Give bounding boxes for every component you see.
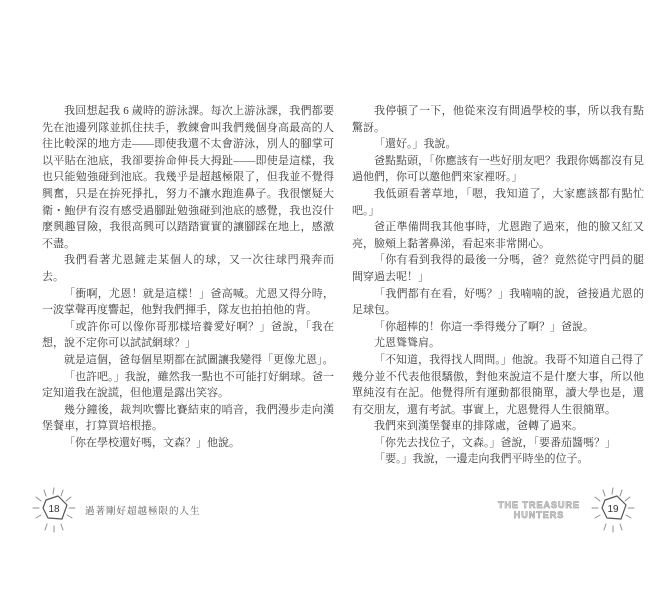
- chapter-running-title: 過著剛好超越極限的人生: [85, 503, 201, 517]
- gem-page-number-icon: 18: [30, 485, 78, 535]
- paragraph: 就是這個，爸每個星期都在試圖讓我變得「更像尤恩」。: [42, 352, 334, 369]
- gem-page-number-icon: 19: [589, 485, 637, 535]
- paragraph: 「你在學校還好嗎，文森？」他說。: [42, 435, 334, 452]
- book-spread: 我回想起我 6 歲時的游泳課。每次上游泳課，我們都要先在池邊列隊並抓住扶手，教練…: [0, 0, 655, 609]
- paragraph: 爸正準備問我其他事時，尤恩跑了過來，他的臉又紅又亮，臉頰上黏著鼻涕，看起來非常開…: [352, 219, 644, 252]
- paragraph: 我低頭看著草地，「嗯，我知道了，大家應該都有點忙吧。」: [352, 186, 644, 219]
- paragraph: 「要。」我說，一邊走向我們平時坐的位子。: [352, 451, 644, 468]
- book-logo-line1: THE TREASURE: [498, 500, 580, 510]
- right-page-number: 19: [607, 504, 619, 515]
- paragraph: 尤恩聳聳肩。: [352, 335, 644, 352]
- left-page-number: 18: [48, 504, 60, 515]
- paragraph: 我停頓了一下，他從來沒有問過學校的事，所以我有點驚訝。: [352, 103, 644, 136]
- book-logo: THE TREASURE HUNTERS: [498, 500, 580, 520]
- paragraph: 「你有看到我得的最後一分嗎，爸？竟然從守門員的腿間穿過去呢！」: [352, 252, 644, 285]
- paragraph: 「也許吧。」我說，雖然我一點也不可能打好網球。爸一定知道我在說謊，但他還是露出笑…: [42, 369, 334, 402]
- paragraph: 「你超棒的！你這一季得幾分了啊？」爸說。: [352, 319, 644, 336]
- paragraph: 「我們都有在看，好嗎？」我喃喃的說，爸接過尤恩的足球包。: [352, 286, 644, 319]
- right-page-text: 我停頓了一下，他從來沒有問過學校的事，所以我有點驚訝。「還好。」我說。爸點點頭，…: [352, 103, 644, 468]
- paragraph: 爸點點頭，「你應該有一些好朋友吧？我跟你媽都沒有見過他們，你可以邀他們來家裡呀。…: [352, 153, 644, 186]
- paragraph: 「或許你可以像你哥那樣培養愛好啊？」爸說，「我在想，說不定你可以試試網球？」: [42, 319, 334, 352]
- book-logo-line2: HUNTERS: [498, 510, 580, 520]
- paragraph: 我回想起我 6 歲時的游泳課。每次上游泳課，我們都要先在池邊列隊並抓住扶手，教練…: [42, 103, 334, 252]
- right-page-footer: THE TREASURE HUNTERS 19: [498, 485, 637, 535]
- paragraph: 「不知道，我得找人問問。」他說。我哥不知道自己得了幾分並不代表他很驕傲，對他來說…: [352, 352, 644, 418]
- left-page-footer: 18 過著剛好超越極限的人生: [30, 485, 201, 535]
- paragraph: 「你先去找位子，文森。」爸說，「要番茄醬嗎？」: [352, 435, 644, 452]
- left-page-text: 我回想起我 6 歲時的游泳課。每次上游泳課，我們都要先在池邊列隊並抓住扶手，教練…: [42, 103, 334, 451]
- paragraph: 我們看著尤恩鏟走某個人的球，又一次往球門飛奔而去。: [42, 252, 334, 285]
- paragraph: 「還好。」我說。: [352, 136, 644, 153]
- paragraph: 我們來到漢堡餐車的排隊處，爸轉了過來。: [352, 418, 644, 435]
- paragraph: 幾分鐘後，裁判吹響比賽結束的哨音，我們漫步走向漢堡餐車，打算買培根捲。: [42, 402, 334, 435]
- paragraph: 「衝啊，尤恩！就是這樣！」爸高喊。尤恩又得分時，一波掌聲再度響起，他對我們揮手，…: [42, 286, 334, 319]
